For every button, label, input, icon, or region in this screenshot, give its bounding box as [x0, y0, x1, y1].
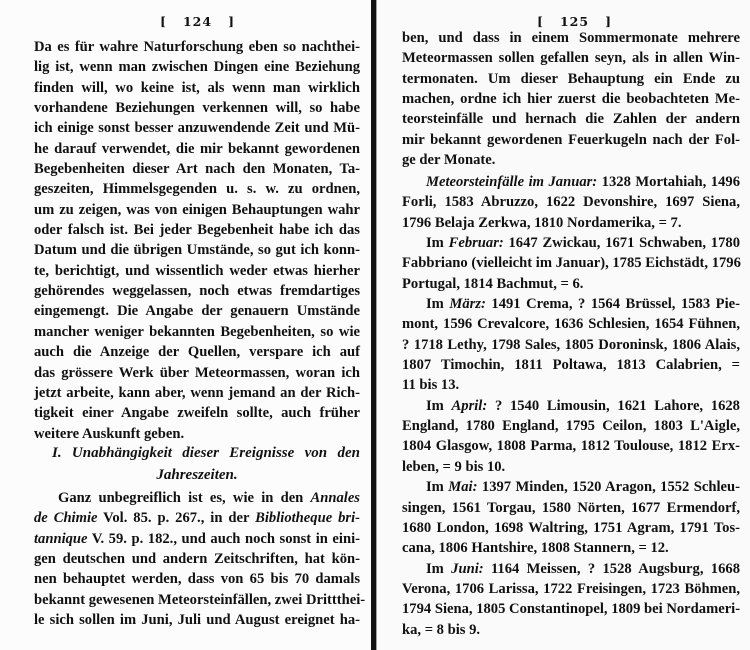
text-line: singen, 1561 Torgau, 1580 Nörten, 1677 E…	[402, 498, 740, 518]
journal-title: Bibliotheque bri-	[255, 510, 360, 526]
text-line: mont, 1596 Crevalcore, 1636 Schlesien, 1…	[402, 314, 740, 334]
text-line: 1794 Siena, 1805 Constantinopel, 1809 be…	[402, 599, 740, 619]
text-line: 1807 Timochin, 1811 Poltawa, 1813 Calabr…	[402, 355, 740, 375]
text-line: das grössere Werk über Meteormassen, wor…	[34, 363, 360, 383]
month-label: Meteorsteinfälle im Januar:	[426, 174, 597, 190]
text-line: gen deutschen und andern Zeitschriften, …	[34, 549, 360, 569]
text-run: Im	[426, 479, 448, 495]
month-entry-februar: Im Februar: 1647 Zwickau, 1671 Schwaben,…	[402, 233, 740, 253]
text-line: termonaten. Um dieser Behauptung ein End…	[402, 69, 740, 89]
text-run: ? 1540 Limousin, 1621 Lahore, 1628	[487, 398, 740, 414]
text-line: weitere Auskunft geben.	[34, 424, 360, 444]
month-label: April:	[452, 398, 488, 414]
text-line: gehörendes weggelassen, noch etwas fremd…	[34, 281, 360, 301]
text-line: vorhandene Beziehungen verkennen will, s…	[34, 98, 360, 118]
text-line: finden will, wo keine ist, als wenn man …	[34, 78, 360, 98]
month-entry-maerz: Im März: 1491 Crema, ? 1564 Brüssel, 158…	[402, 294, 740, 314]
text-line: Verona, 1706 Larissa, 1722 Freisingen, 1…	[402, 579, 740, 599]
text-line: mir bekannt gewordenen Feuerkugeln nach …	[402, 130, 740, 150]
text-line: jetzt arbeite, kann aber, wenn jemand an…	[34, 383, 360, 403]
text-line: cana, 1806 Hantshire, 1808 Stannern, = 1…	[402, 538, 740, 558]
heading-line: Jahreszeiten.	[34, 464, 360, 486]
text-line: lig ist, wenn man zwischen Dingen eine B…	[34, 57, 360, 77]
text-run: V. 59. p. 182., und auch noch sonst in e…	[88, 531, 360, 547]
month-label: Juni:	[451, 561, 483, 577]
text-line: 1680 London, 1698 Waltring, 1751 Agram, …	[402, 518, 740, 538]
text-line: ? 1718 Lethy, 1798 Sales, 1805 Doroninsk…	[402, 335, 740, 355]
text-line: um zu zeigen, was von einigen Behauptung…	[34, 200, 360, 220]
text-line: eingemengt. Die Angabe der genauern Umst…	[34, 301, 360, 321]
journal-title: tannique	[34, 531, 88, 547]
text-line: Meteormassen sollen gefallen seyn, als i…	[402, 48, 740, 68]
text-line: mancher weniger bekannten Begebenheiten,…	[34, 322, 360, 342]
text-line: ge der Monate.	[402, 150, 740, 170]
text-line: machen, ordne ich hier zuerst die beobac…	[402, 89, 740, 109]
text-line: Portugal, 1814 Bachmut, = 6.	[402, 274, 740, 294]
text-line: 1804 Glasgow, 1808 Parma, 1812 Toulouse,…	[402, 436, 740, 456]
text-line: Da es für wahre Naturforschung eben so n…	[34, 37, 360, 57]
text-line: England, 1780 England, 1795 Ceilon, 1803…	[402, 416, 740, 436]
text-run: Ganz unbegreiflich ist es, wie in den	[58, 490, 311, 506]
text-run: 1328 Mortahiah, 1496	[597, 174, 740, 190]
text-line: 1796 Belaja Zerkwa, 1810 Nordamerika, = …	[402, 213, 740, 233]
section-heading: I. Unabhängigkeit dieser Ereignisse von …	[34, 442, 360, 486]
right-page: [ 125 ] ben, und dass in einem Sommermon…	[377, 0, 750, 650]
paragraph-main: Ganz unbegreiflich ist es, wie in den An…	[34, 488, 360, 630]
text-run: Im	[426, 561, 451, 577]
text-line: Datum und die übrigen Umstände, so gut i…	[34, 240, 360, 260]
text-run: Im	[426, 235, 449, 251]
text-line: te, berichtigt, und wissentlich weder et…	[34, 261, 360, 281]
month-label: Februar:	[449, 235, 504, 251]
text-line: bekannt gewesenen Meteorsteinfällen, zwe…	[34, 590, 360, 610]
month-entry-april: Im April: ? 1540 Limousin, 1621 Lahore, …	[402, 396, 740, 416]
month-list: Meteorsteinfälle im Januar: 1328 Mortahi…	[402, 172, 740, 640]
paragraph-continuation: ben, und dass in einem Sommermonate mehr…	[402, 28, 740, 170]
month-entry-januar: Meteorsteinfälle im Januar: 1328 Mortahi…	[402, 172, 740, 192]
text-line: ka, = 8 bis 9.	[402, 620, 740, 640]
text-line: 11 bis 13.	[402, 375, 740, 395]
text-line: auch die Anzeige der Quellen, verspare i…	[34, 342, 360, 362]
month-entry-mai: Im Mai: 1397 Minden, 1520 Aragon, 1552 S…	[402, 477, 740, 497]
paragraph-intro: Da es für wahre Naturforschung eben so n…	[34, 37, 360, 444]
month-entry-juni: Im Juni: 1164 Meissen, ? 1528 Augsburg, …	[402, 559, 740, 579]
page-number-left: [ 124 ]	[160, 14, 235, 29]
text-line: Ganz unbegreiflich ist es, wie in den An…	[34, 488, 360, 508]
text-line: teorsteinfälle und hernach die Zahlen de…	[402, 109, 740, 129]
text-line: ben, und dass in einem Sommermonate mehr…	[402, 28, 740, 48]
text-line: he darauf verwendet, die mir bekannt gew…	[34, 139, 360, 159]
text-line: de Chimie Vol. 85. p. 267., in der Bibli…	[34, 508, 360, 528]
text-line: tannique V. 59. p. 182., und auch noch s…	[34, 529, 360, 549]
text-line: leben, = 9 bis 10.	[402, 457, 740, 477]
journal-title: Annales	[311, 490, 360, 506]
month-label: Mai:	[448, 479, 477, 495]
text-run: 1647 Zwickau, 1671 Schwaben, 1780	[504, 235, 740, 251]
heading-line: I. Unabhängigkeit dieser Ereignisse von …	[34, 442, 360, 464]
text-line: geszeiten, Himmelsgegenden u. s. w. zu o…	[34, 179, 360, 199]
text-line: tigkeit einer Angabe zweifeln sollte, au…	[34, 403, 360, 423]
text-line: ich einige sonst besser anzuwendende Zei…	[34, 118, 360, 138]
text-run: Vol. 85. p. 267., in der	[98, 510, 256, 526]
page-number-right: [ 125 ]	[537, 14, 612, 29]
text-line: nen behauptet werden, dass von 65 bis 70…	[34, 569, 360, 589]
text-line: Fabbriano (vielleicht im Januar), 1785 E…	[402, 253, 740, 273]
text-run: 1491 Crema, ? 1564 Brüssel, 1583 Pie-	[486, 296, 740, 312]
text-run: 1397 Minden, 1520 Aragon, 1552 Schleu-	[477, 479, 740, 495]
text-run: 1164 Meissen, ? 1528 Augsburg, 1668	[484, 561, 740, 577]
text-line: oder falsch ist. Bei jeder Begebenheit h…	[34, 220, 360, 240]
text-run: Im	[426, 296, 449, 312]
text-line: Forli, 1583 Abruzzo, 1622 Devonshire, 16…	[402, 192, 740, 212]
left-page: [ 124 ] Da es für wahre Naturforschung e…	[0, 0, 372, 650]
text-line: Begebenheiten dieser Art nach den Monate…	[34, 159, 360, 179]
text-run: Im	[426, 398, 452, 414]
text-line: le sich sollen im Juni, Juli und August …	[34, 610, 360, 630]
journal-title: de Chimie	[34, 510, 98, 526]
month-label: März:	[449, 296, 486, 312]
